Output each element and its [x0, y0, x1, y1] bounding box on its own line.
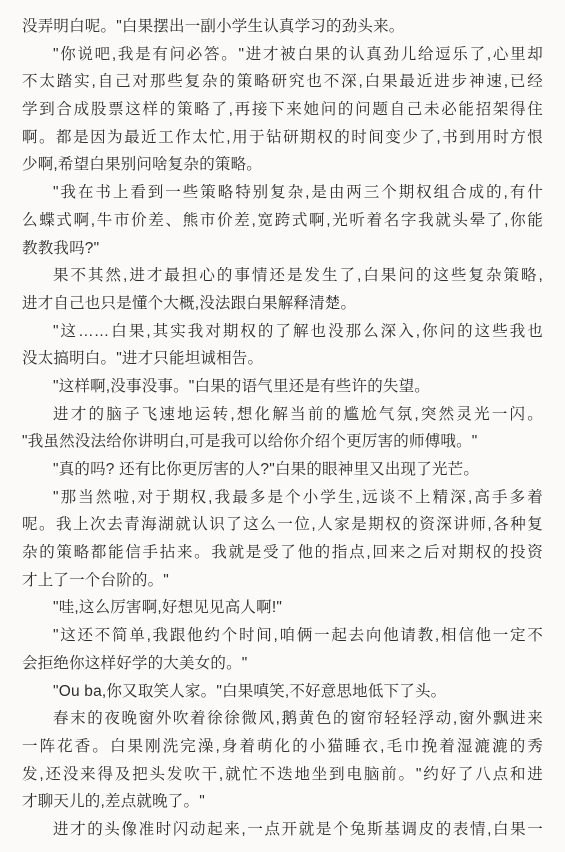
- text-line: "你说吧,我是有问必答。"进才被白果的认真劲儿给逗乐了,心里却: [22, 41, 543, 69]
- text-line: 没弄明白呢。"白果摆出一副小学生认真学习的劲头来。: [22, 13, 543, 41]
- text-line: 少啊,希望白果别问啥复杂的策略。: [22, 151, 543, 179]
- text-line: 进才的头像准时闪动起来,一点开就是个兔斯基调皮的表情,白果一: [22, 816, 543, 844]
- text-line: 呢。我上次去青海湖就认识了这么一位,人家是期权的资深讲师,各种复: [22, 511, 543, 539]
- text-line: 一阵花香。白果刚洗完澡,身着萌化的小猫睡衣,毛巾挽着湿漉漉的秀: [22, 733, 543, 761]
- text-line: 不太踏实,自己对那些复杂的策略研究也不深,白果最近进步神速,已经: [22, 68, 543, 96]
- text-line: 杂的策略都能信手拈来。我就是受了他的指点,回来之后对期权的投资: [22, 539, 543, 567]
- text-line: 教教我吗?": [22, 235, 543, 263]
- text-line: 没太搞明白。"进才只能坦诚相告。: [22, 345, 543, 373]
- text-line: "这样啊,没事没事。"白果的语气里还是有些许的失望。: [22, 373, 543, 401]
- text-line: "我在书上看到一些策略特别复杂,是由两三个期权组合成的,有什: [22, 179, 543, 207]
- text-line: "那当然啦,对于期权,我最多是个小学生,远谈不上精深,高手多着: [22, 484, 543, 512]
- text-line: 发,还没来得及把头发吹干,就忙不迭地坐到电脑前。"约好了八点和进: [22, 761, 543, 789]
- text-line: "Ou ba,你又取笑人家。"白果嗔笑,不好意思地低下了头。: [22, 678, 543, 706]
- text-line: "真的吗? 还有比你更厉害的人?"白果的眼神里又出现了光芒。: [22, 456, 543, 484]
- book-page: 没弄明白呢。"白果摆出一副小学生认真学习的劲头来。 "你说吧,我是有问必答。"进…: [0, 0, 565, 852]
- text-line: 啊。都是因为最近工作太忙,用于钻研期权的时间变少了,书到用时方恨: [22, 124, 543, 152]
- text-line: "这……白果,其实我对期权的了解也没那么深入,你问的这些我也: [22, 318, 543, 346]
- text-line: 进才自己也只是懂个大概,没法跟白果解释清楚。: [22, 290, 543, 318]
- text-line: 么蝶式啊,牛市价差、熊市价差,宽跨式啊,光听着名字我就头晕了,你能: [22, 207, 543, 235]
- text-line: "我虽然没法给你讲明白,可是我可以给你介绍个更厉害的师傅哦。": [22, 428, 543, 456]
- text-line: 学到合成股票这样的策略了,再接下来她问的问题自己未必能招架得住: [22, 96, 543, 124]
- text-line: "这还不简单,我跟他约个时间,咱俩一起去向他请教,相信他一定不: [22, 622, 543, 650]
- text-line: 进才的脑子飞速地运转,想化解当前的尴尬气氛,突然灵光一闪。: [22, 401, 543, 429]
- text-line: 会拒绝你这样好学的大美女的。": [22, 650, 543, 678]
- text-line: 春末的夜晚窗外吹着徐徐微风,鹅黄色的窗帘轻轻浮动,窗外飘进来: [22, 705, 543, 733]
- text-line: 果不其然,进才最担心的事情还是发生了,白果问的这些复杂策略,: [22, 262, 543, 290]
- text-line: 才聊天儿的,差点就晚了。": [22, 788, 543, 816]
- text-line: 才上了一个台阶的。": [22, 567, 543, 595]
- text-line: "哇,这么厉害啊,好想见见高人啊!": [22, 594, 543, 622]
